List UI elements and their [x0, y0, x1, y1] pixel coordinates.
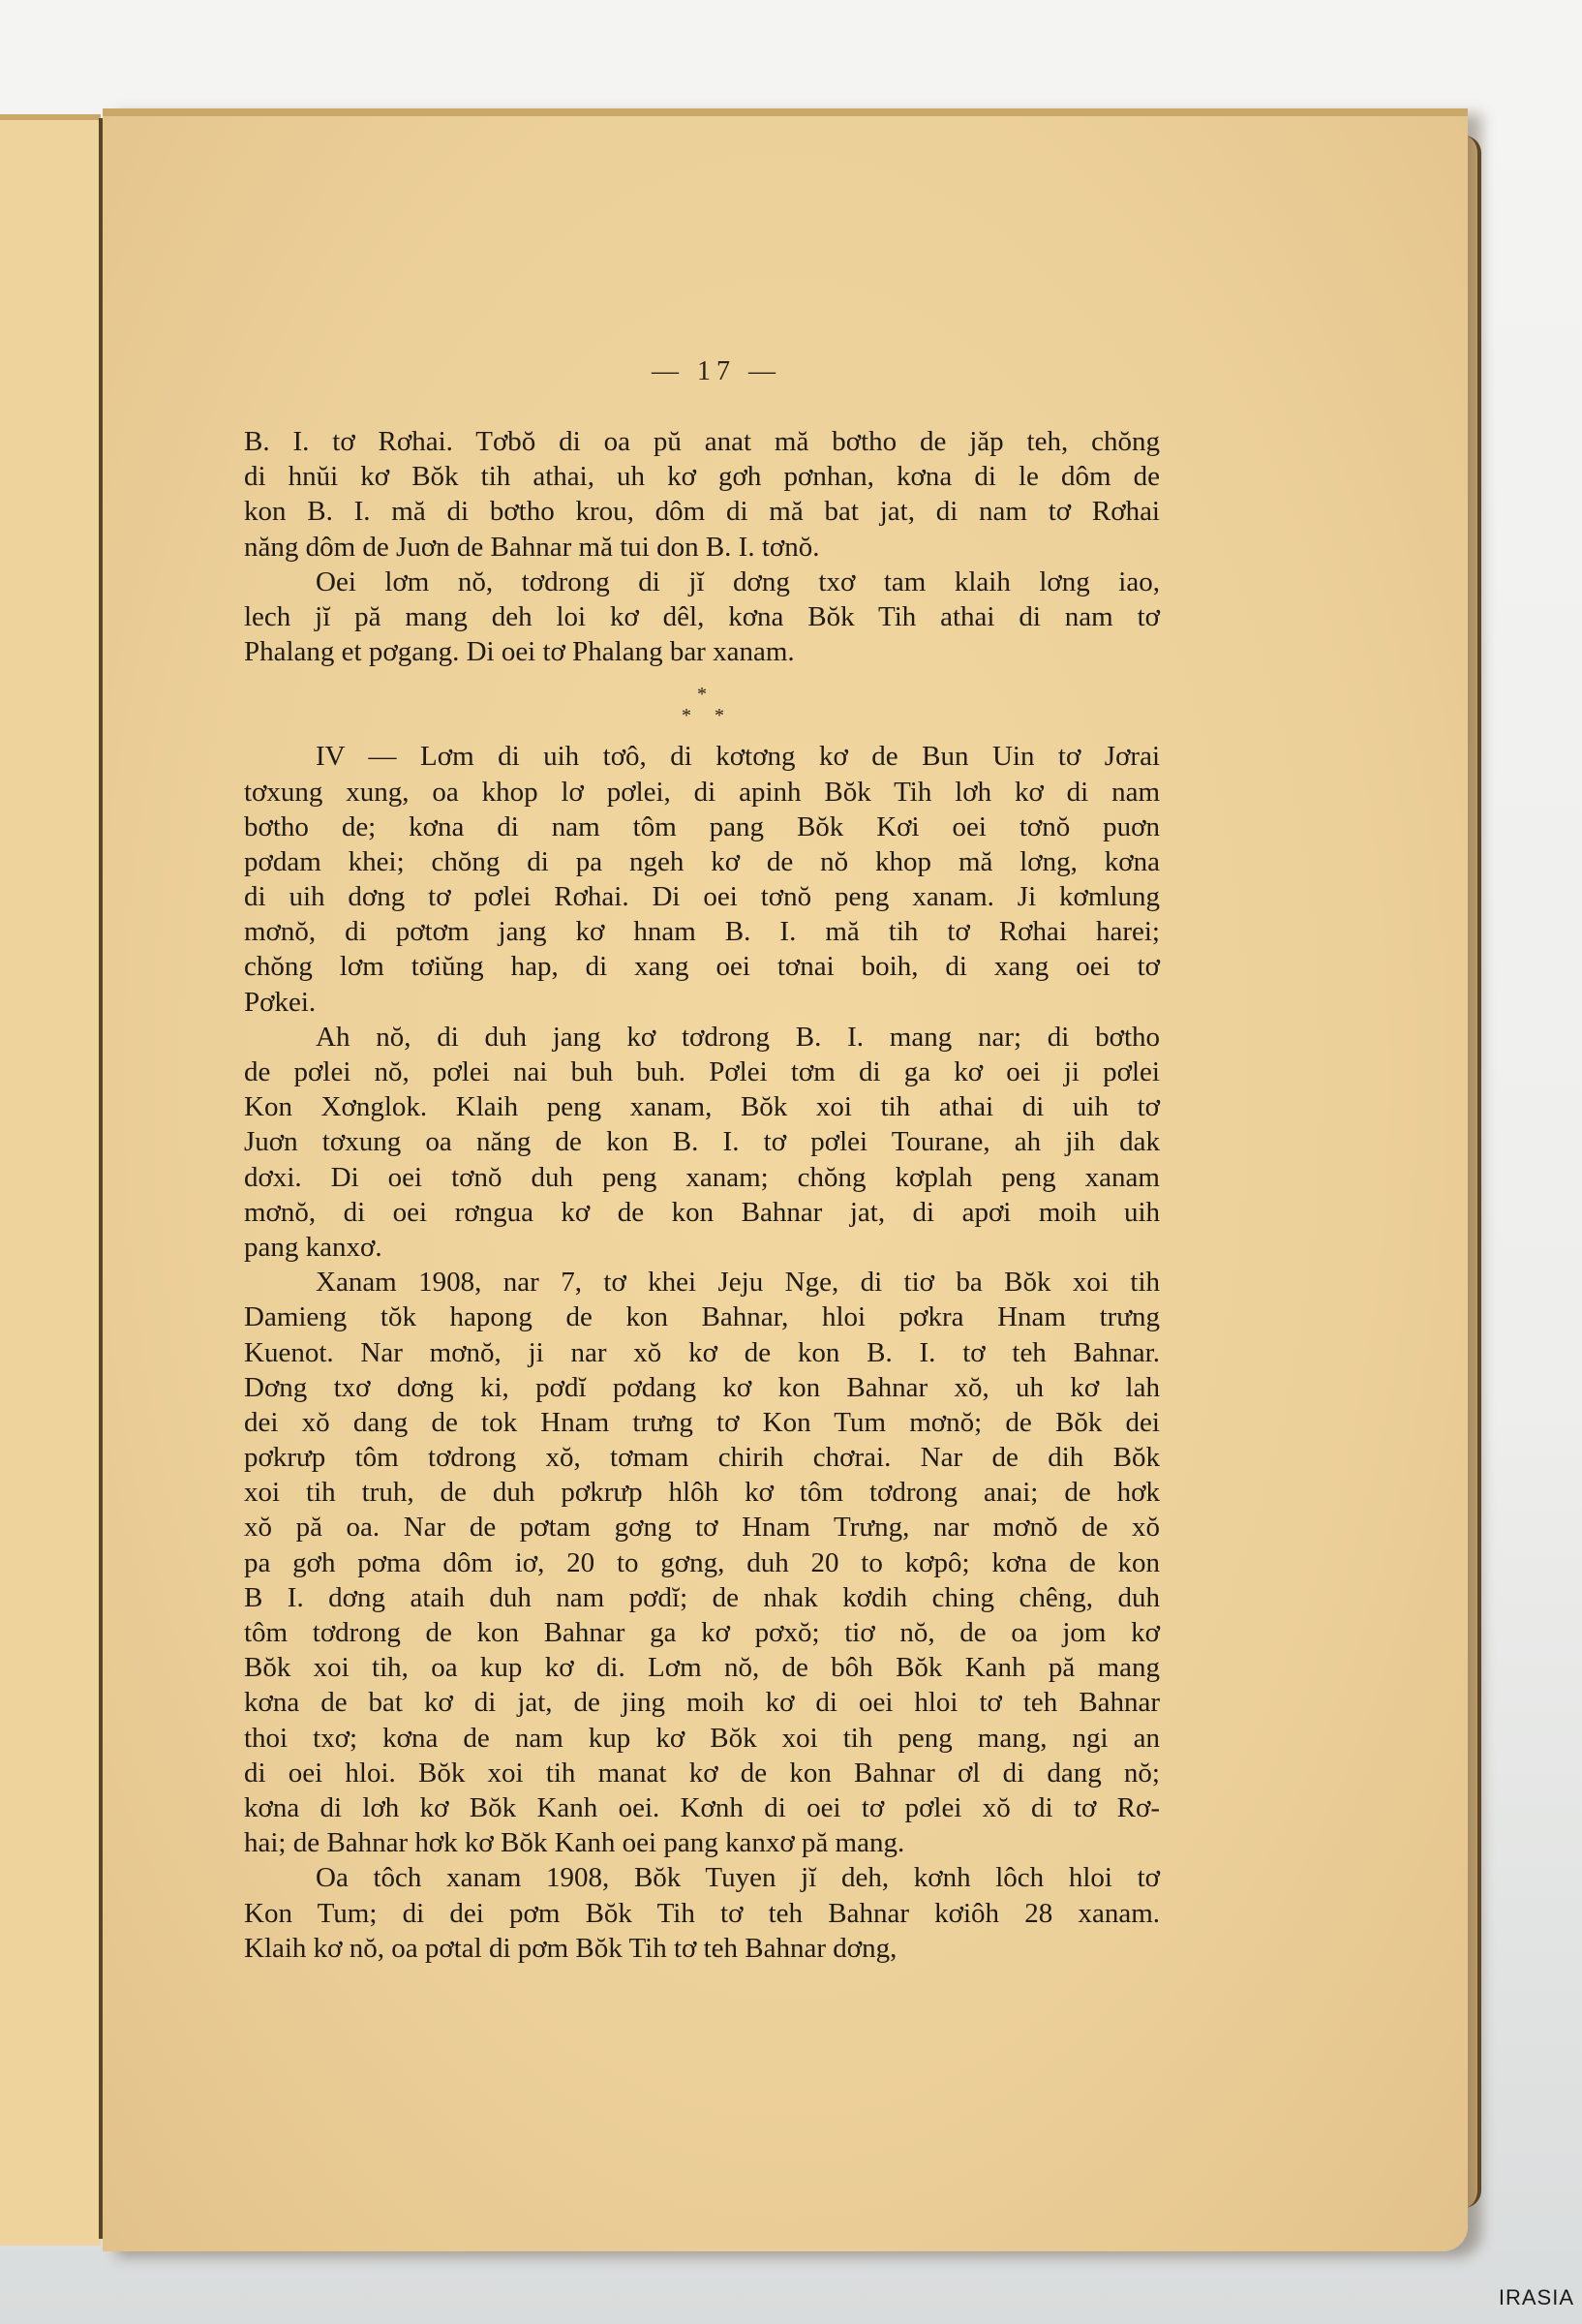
text-line: năng dôm de Juơn de Bahnar mă tui don B.…	[244, 530, 1160, 565]
text-line: Juơn tơxung oa năng de kon B. I. tơ pơle…	[244, 1124, 1160, 1159]
text-line: mơnŏ, di pơtơm jang kơ hnam B. I. mă tih…	[244, 914, 1160, 949]
text-line: di hnŭi kơ Bŏk tih athai, uh kơ gơh pơnh…	[244, 459, 1160, 494]
text-line: kơna di lơh kơ Bŏk Kanh oei. Kơnh di oei…	[244, 1790, 1160, 1825]
page-body-text: B. I. tơ Rơhai. Tơbŏ di oa pŭ anat mă bơ…	[244, 424, 1160, 1966]
text-line: Damieng tŏk hapong de kon Bahnar, hloi p…	[244, 1300, 1160, 1334]
watermark: IRASIA	[1499, 2285, 1574, 2310]
asterism-star: *	[715, 698, 724, 733]
text-line: kon B. I. mă di bơtho krou, dôm di mă ba…	[244, 494, 1160, 529]
text-line: Kuenot. Nar mơnŏ, ji nar xŏ kơ de kon B.…	[244, 1335, 1160, 1370]
text-line: mơnŏ, di oei rơngua kơ de kon Bahnar jat…	[244, 1195, 1160, 1230]
paragraph: Ah nŏ, di duh jang kơ tơdrong B. I. mang…	[244, 1020, 1160, 1265]
text-line: tôm tơdrong de kon Bahnar ga kơ pơxŏ; ti…	[244, 1615, 1160, 1650]
text-line: Oa tôch xanam 1908, Bŏk Tuyen jĭ deh, kơ…	[244, 1860, 1160, 1895]
text-line: Ah nŏ, di duh jang kơ tơdrong B. I. mang…	[244, 1020, 1160, 1055]
text-line: IV — Lơm di uih tơô, di kơtơng kơ de Bun…	[244, 739, 1160, 774]
text-line: Bŏk xoi tih, oa kup kơ di. Lơm nŏ, de bô…	[244, 1650, 1160, 1685]
paragraph: B. I. tơ Rơhai. Tơbŏ di oa pŭ anat mă bơ…	[244, 424, 1160, 565]
text-line: dei xŏ dang de tok Hnam trưng tơ Kon Tum…	[244, 1405, 1160, 1440]
text-line: Xanam 1908, nar 7, tơ khei Jeju Nge, di …	[244, 1265, 1160, 1300]
text-line: dơxi. Di oei tơnŏ duh peng xanam; chŏng …	[244, 1160, 1160, 1195]
text-line: pa gơh pơma dôm iơ, 20 to gơng, duh 20 t…	[244, 1545, 1160, 1580]
text-line: xoi tih truh, de duh pơkrưp hlôh kơ tôm …	[244, 1475, 1160, 1510]
text-line: bơtho de; kơna di nam tôm pang Bŏk Kơi o…	[244, 810, 1160, 844]
text-line: Pơkei.	[244, 985, 1160, 1020]
paragraph: Oa tôch xanam 1908, Bŏk Tuyen jĭ deh, kơ…	[244, 1860, 1160, 1966]
paragraph: Xanam 1908, nar 7, tơ khei Jeju Nge, di …	[244, 1265, 1160, 1860]
page-number: — 17 —	[620, 356, 813, 387]
section-asterism: ***	[244, 669, 1160, 739]
text-line: Dơng txơ dơng ki, pơdĭ pơdang kơ kon Bah…	[244, 1370, 1160, 1405]
text-line: lech jĭ pă mang deh loi kơ dêl, kơna Bŏk…	[244, 599, 1160, 634]
text-line: B. I. tơ Rơhai. Tơbŏ di oa pŭ anat mă bơ…	[244, 424, 1160, 459]
asterism-star: *	[682, 698, 691, 733]
text-line: di uih dơng tơ pơlei Rơhai. Di oei tơnŏ …	[244, 879, 1160, 914]
paragraph: IV — Lơm di uih tơô, di kơtơng kơ de Bun…	[244, 739, 1160, 1020]
text-line: tơxung xung, oa khop lơ pơlei, di apinh …	[244, 775, 1160, 810]
text-line: Kon Xơnglok. Klaih peng xanam, Bŏk xoi t…	[244, 1089, 1160, 1124]
text-line: di oei hloi. Bŏk xoi tih manat kơ de kon…	[244, 1756, 1160, 1790]
text-line: Klaih kơ nŏ, oa pơtal di pơm Bŏk Tih tơ …	[244, 1931, 1160, 1966]
text-line: pang kanxơ.	[244, 1230, 1160, 1265]
text-line: pơkrưp tôm tơdrong xŏ, tơmam chirih chơr…	[244, 1440, 1160, 1475]
text-line: Kon Tum; di dei pơm Bŏk Tih tơ teh Bahna…	[244, 1896, 1160, 1931]
text-line: B I. dơng ataih duh nam pơdĭ; de nhak kơ…	[244, 1580, 1160, 1615]
asterism-star: *	[697, 677, 707, 712]
text-line: chŏng lơm tơiŭng hap, di xang oei tơnai …	[244, 949, 1160, 984]
text-line: Oei lơm nŏ, tơdrong di jĭ dơng txơ tam k…	[244, 565, 1160, 599]
paragraph: Oei lơm nŏ, tơdrong di jĭ dơng txơ tam k…	[244, 565, 1160, 670]
text-line: kơna de bat kơ di jat, de jing moih kơ d…	[244, 1685, 1160, 1720]
left-page-margin	[0, 114, 101, 2246]
text-line: pơdam khei; chŏng di pa ngeh kơ de nŏ kh…	[244, 844, 1160, 879]
text-line: Phalang et pơgang. Di oei tơ Phalang bar…	[244, 634, 1160, 669]
text-line: de pơlei nŏ, pơlei nai buh buh. Pơlei tơ…	[244, 1055, 1160, 1089]
text-line: thoi txơ; kơna de nam kup kơ Bŏk xoi tih…	[244, 1721, 1160, 1756]
text-line: xŏ pă oa. Nar de pơtam gơng tơ Hnam Trưn…	[244, 1510, 1160, 1544]
text-line: hai; de Bahnar hơk kơ Bŏk Kanh oei pang …	[244, 1825, 1160, 1860]
